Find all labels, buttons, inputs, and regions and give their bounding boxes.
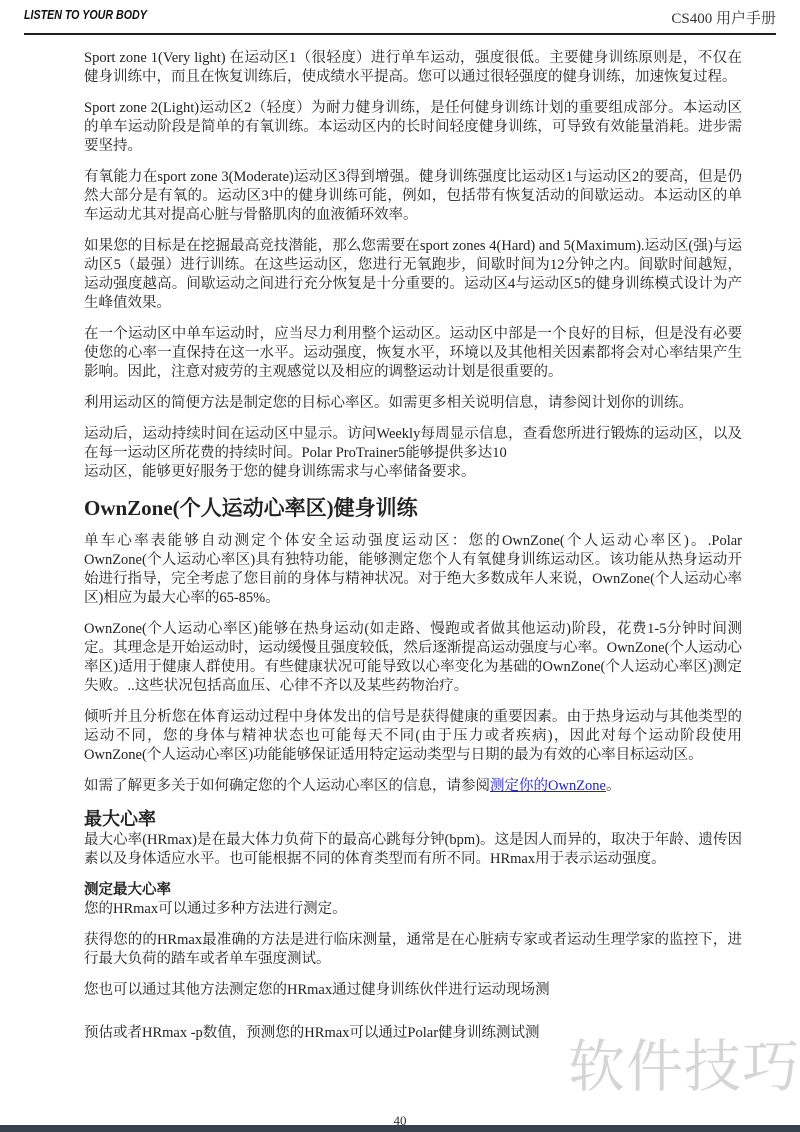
para-hrmax: 最大心率(HRmax)是在最大体力负荷下的最高心跳每分钟(bpm)。这是因人而异… — [84, 831, 742, 869]
para-clinical-measure: 获得您的的HRmax最准确的方法是进行临床测量，通常是在心脏病专家或者运动生理学… — [84, 931, 742, 969]
para-ownzone-2: OwnZone(个人运动心率区)能够在热身运动(如走路、慢跑或者做其他运动)阶段… — [84, 620, 742, 696]
para-weekly-line2: 运动区，能够更好服务于您的健身训练需求与心率储备要求。 — [84, 464, 476, 480]
para-target-zone: 利用运动区的简便方法是制定您的目标心率区。如需更多相关说明信息，请参阅计划你的训… — [84, 394, 742, 413]
para-sport-zone-1: Sport zone 1(Very light) 在运动区1（很轻度）进行单车运… — [84, 49, 742, 87]
manual-title: CS400 用户手册 — [671, 7, 776, 28]
determine-ownzone-link[interactable]: 测定你的OwnZone — [490, 778, 606, 794]
para-weekly-line1: 运动后，运动持续时间在运动区中显示。访问Weekly每周显示信息，查看您所进行锻… — [84, 426, 742, 461]
manual-page: LISTEN TO YOUR BODY CS400 用户手册 Sport zon… — [0, 0, 800, 1132]
para-ownzone-3: 倾听并且分析您在体育运动过程中身体发出的信号是获得健康的重要因素。由于热身运动与… — [84, 708, 742, 765]
para-ownzone-link-line: 如需了解更多关于如何确定您的个人运动心率区的信息，请参阅测定你的OwnZone。 — [84, 777, 742, 796]
para-weekly-display: 运动后，运动持续时间在运动区中显示。访问Weekly每周显示信息，查看您所进行锻… — [84, 425, 742, 482]
para-sport-zone-2: Sport zone 2(Light)运动区2（轻度）为耐力健身训练，是任何健身… — [84, 99, 742, 156]
para-measure-intro: 您的HRmax可以通过多种方法进行测定。 — [84, 900, 742, 919]
para-field-test: 您也可以通过其他方法测定您的HRmax通过健身训练伙伴进行运动现场测 — [84, 981, 742, 1000]
heading-measure-hrmax: 测定最大心率 — [84, 881, 742, 900]
para-whole-zone: 在一个运动区中单车运动时，应当尽力利用整个运动区。运动区中部是一个良好的目标，但… — [84, 325, 742, 382]
para-sport-zone-3: 有氧能力在sport zone 3(Moderate)运动区3得到增强。健身训练… — [84, 168, 742, 225]
polar-slogan-logo: LISTEN TO YOUR BODY — [24, 7, 147, 22]
footer-bar — [0, 1125, 800, 1132]
watermark-patch: 软件技巧 — [552, 1024, 800, 1110]
link-line-pre: 如需了解更多关于如何确定您的个人运动心率区的信息，请参阅 — [84, 778, 490, 794]
watermark-text: 软件技巧 — [568, 1024, 800, 1110]
link-line-post: 。 — [606, 778, 621, 794]
para-ownzone-1: 单车心率表能够自动测定个体安全运动强度运动区：您的OwnZone(个人运动心率区… — [84, 532, 742, 608]
page-body: Sport zone 1(Very light) 在运动区1（很轻度）进行单车运… — [0, 35, 800, 1043]
para-sport-zones-4-5: 如果您的目标是在挖掘最高竞技潜能，那么您需要在sport zones 4(Har… — [84, 237, 742, 313]
page-header: LISTEN TO YOUR BODY CS400 用户手册 — [0, 0, 800, 31]
heading-hrmax: 最大心率 — [84, 808, 742, 831]
heading-ownzone: OwnZone(个人运动心率区)健身训练 — [84, 494, 742, 522]
